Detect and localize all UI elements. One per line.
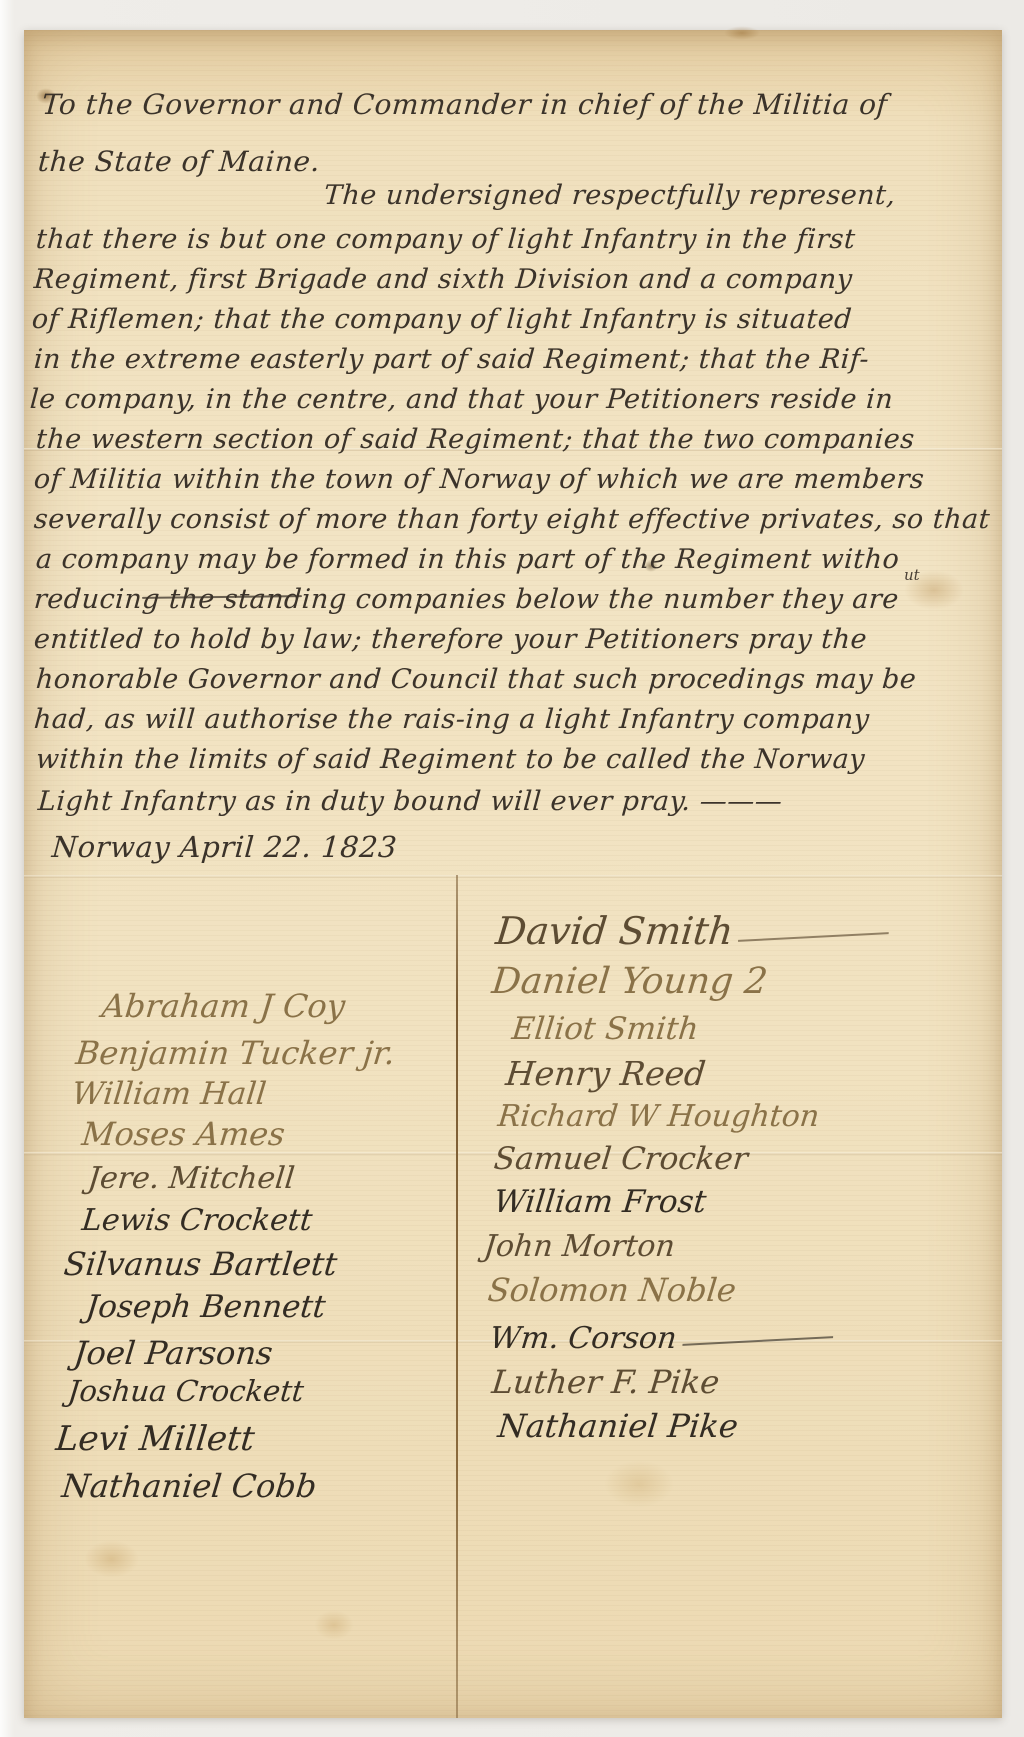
- petition-line: Light Infantry as in duty bound will eve…: [37, 786, 784, 817]
- signature: William Frost: [492, 1187, 983, 1218]
- signature: Samuel Crocker: [492, 1144, 983, 1175]
- petition-line: honorable Governor and Council that such…: [35, 664, 918, 695]
- petition-line: le company, in the centre, and that your…: [29, 384, 894, 415]
- petition-line: had, as will authorise the rais-ing a li…: [33, 704, 871, 735]
- signature: Silvanus Bartlett: [62, 1248, 455, 1280]
- photo-backdrop: To the Governor and Commander in chief o…: [0, 0, 1024, 1737]
- signature: Jere. Mitchell: [86, 1164, 455, 1194]
- signature: Joshua Crockett: [66, 1377, 455, 1406]
- salutation-line-2: the State of Maine.: [37, 145, 321, 178]
- signature: Henry Reed: [504, 1057, 983, 1090]
- stain: [604, 1460, 674, 1508]
- signature: Richard W Houghton: [496, 1102, 983, 1132]
- signature: David Smith: [494, 912, 984, 950]
- signature: Abraham J Coy: [100, 990, 455, 1022]
- opening-line: The undersigned respectfully represent,: [323, 180, 897, 211]
- signature-column-divider: [456, 875, 458, 1718]
- signature-column-left: Abraham J Coy Benjamin Tucker jr. Willia…: [54, 990, 454, 1502]
- signature: Daniel Young 2: [490, 964, 984, 1000]
- petition-line: the western section of said Regiment; th…: [35, 424, 916, 455]
- signature: Nathaniel Pike: [496, 1410, 983, 1442]
- signature: Elliot Smith: [510, 1014, 983, 1045]
- stain: [724, 26, 760, 40]
- signature: Wm. Corson: [488, 1324, 983, 1354]
- signature: Joel Parsons: [72, 1337, 455, 1369]
- signature: Moses Ames: [80, 1118, 455, 1150]
- petition-line: within the limits of said Regiment to be…: [35, 744, 866, 775]
- signature-column-right: David Smith Daniel Young 2 Elliot Smith …: [482, 912, 982, 1442]
- petition-line: Regiment, first Brigade and sixth Divisi…: [33, 264, 854, 295]
- dateline: Norway April 22. 1823: [51, 830, 399, 864]
- signature: Nathaniel Cobb: [60, 1470, 455, 1502]
- petition-line: of Militia within the town of Norway of …: [33, 464, 925, 495]
- petition-line: entitled to hold by law; therefore your …: [33, 624, 868, 655]
- petition-document-page: To the Governor and Commander in chief o…: [24, 30, 1002, 1718]
- signature: Solomon Noble: [486, 1274, 983, 1306]
- stain: [84, 1540, 139, 1578]
- petition-line: severally consist of more than forty eig…: [33, 504, 991, 535]
- signature: Lewis Crockett: [80, 1206, 455, 1236]
- salutation-line-1: To the Governor and Commander in chief o…: [41, 88, 889, 121]
- signature: Joseph Bennett: [84, 1292, 455, 1323]
- signature: William Hall: [70, 1079, 455, 1110]
- petition-line: that there is but one company of light I…: [35, 224, 857, 255]
- signature: Luther F. Pike: [490, 1366, 983, 1398]
- petition-line: a company may be formed in this part of …: [35, 544, 901, 575]
- fold-crease: [24, 875, 1002, 878]
- signature: Benjamin Tucker jr.: [74, 1037, 455, 1069]
- superscript-insertion: ut: [904, 566, 920, 584]
- signature: Levi Millett: [54, 1422, 456, 1456]
- petition-line: of Riflemen; that the company of light I…: [31, 304, 853, 335]
- petition-line: in the extreme easterly part of said Reg…: [33, 344, 870, 375]
- signature: John Morton: [482, 1232, 983, 1262]
- stain: [314, 1610, 354, 1640]
- petition-line: reducing the standing companies below th…: [33, 584, 900, 615]
